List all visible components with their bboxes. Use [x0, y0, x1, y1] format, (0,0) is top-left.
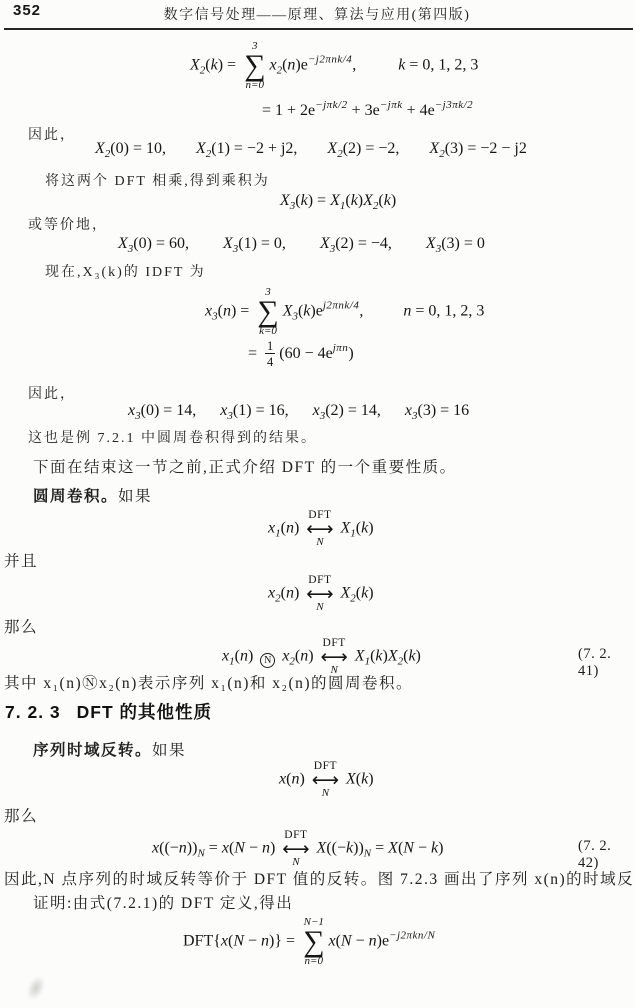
para-then-2: 那么 [4, 804, 38, 826]
para-then-1: 那么 [4, 615, 38, 637]
eq-x3n-frac: = 14(60 − 4ejπn) [248, 339, 354, 370]
summation-symbol: N−1∑n=0 [303, 916, 324, 968]
heading-7-2-3: 7. 2. 3DFT 的其他性质 [5, 699, 212, 724]
eq-x2-dft: x2(n)DFT⟷NX2(k) [268, 574, 374, 614]
circular-convolution-icon: N [260, 653, 275, 668]
para-and: 并且 [4, 549, 38, 571]
para-intro: 下面在结束这一节之前,正式介绍 DFT 的一个重要性质。 [33, 455, 457, 477]
dft-transform-arrow: DFT⟷N [282, 829, 309, 869]
eq-xn-dft: x(n)DFT⟷NX(k) [279, 760, 374, 800]
eq-x2-sum: X2(k) = 3∑n=0x2(n)e−j2πnk/4,k = 0, 1, 2,… [190, 40, 478, 92]
scan-smudge [23, 973, 48, 1003]
para-where: 其中 x₁(n)Ⓝx₂(n)表示序列 x₁(n)和 x₂(n)的圆周卷积。 [4, 671, 413, 693]
eq-x3n-sum: x3(n) = 3∑k=0X3(k)ej2πnk/4,n = 0, 1, 2, … [205, 286, 484, 338]
para-circ-conv: 圆周卷积。如果 [33, 484, 152, 506]
eq-x3-values: X3(0) = 60,X3(1) = 0,X3(2) = −4,X3(3) = … [118, 236, 485, 255]
para-time-reversal: 序列时域反转。如果 [33, 738, 186, 760]
para-equivalently: 或等价地， [28, 214, 108, 234]
summation-symbol: 3∑n=0 [244, 40, 265, 92]
para-multiply: 将这两个 DFT 相乘,得到乘积为 [45, 170, 270, 190]
para-now: 现在,X₃(k)的 IDFT 为 [45, 261, 206, 281]
eq-x3k: X3(k) = X1(k)X2(k) [280, 193, 396, 212]
eq-time-reversal: x((−n))N = x(N − n)DFT⟷NX((−k))N = X(N −… [152, 829, 443, 869]
eq-x1-dft: x1(n)DFT⟷NX1(k) [268, 509, 374, 549]
eq-dft-proof: DFT{x(N − n)} = N−1∑n=0x(N − n)e−j2πkn/N [183, 916, 435, 968]
summation-symbol: 3∑k=0 [257, 286, 278, 338]
eq-x2-expanded: = 1 + 2e−jπk/2 + 3e−jπk + 4e−j3πk/2 [262, 100, 473, 119]
para-result: 这也是例 7.2.1 中圆周卷积得到的结果。 [28, 427, 317, 447]
dft-transform-arrow: DFT⟷N [312, 760, 339, 800]
para-therefore-1: 因此， [28, 124, 76, 144]
eq-x3-values-time: x3(0) = 14,x3(1) = 16,x3(2) = 14,x3(3) =… [128, 403, 469, 422]
para-reversal-note: 因此,N 点序列的时域反转等价于 DFT 值的反转。图 7.2.3 画出了序列 … [4, 867, 634, 889]
scanned-page: 352 数字信号处理——原理、算法与应用(第四版) X2(k) = 3∑n=0x… [0, 0, 634, 1008]
header-rule [4, 28, 633, 30]
dft-transform-arrow: DFT⟷N [306, 574, 333, 614]
fraction: 14 [265, 339, 275, 370]
para-therefore-2: 因此， [28, 383, 76, 403]
para-proof: 证明:由式(7.2.1)的 DFT 定义,得出 [33, 891, 293, 913]
book-title: 数字信号处理——原理、算法与应用(第四版) [0, 4, 634, 24]
eq-circular-conv-number: (7. 2. 41) [578, 646, 634, 680]
dft-transform-arrow: DFT⟷N [306, 509, 333, 549]
eq-x2-values: X2(0) = 10,X2(1) = −2 + j2,X2(2) = −2,X2… [95, 141, 527, 160]
